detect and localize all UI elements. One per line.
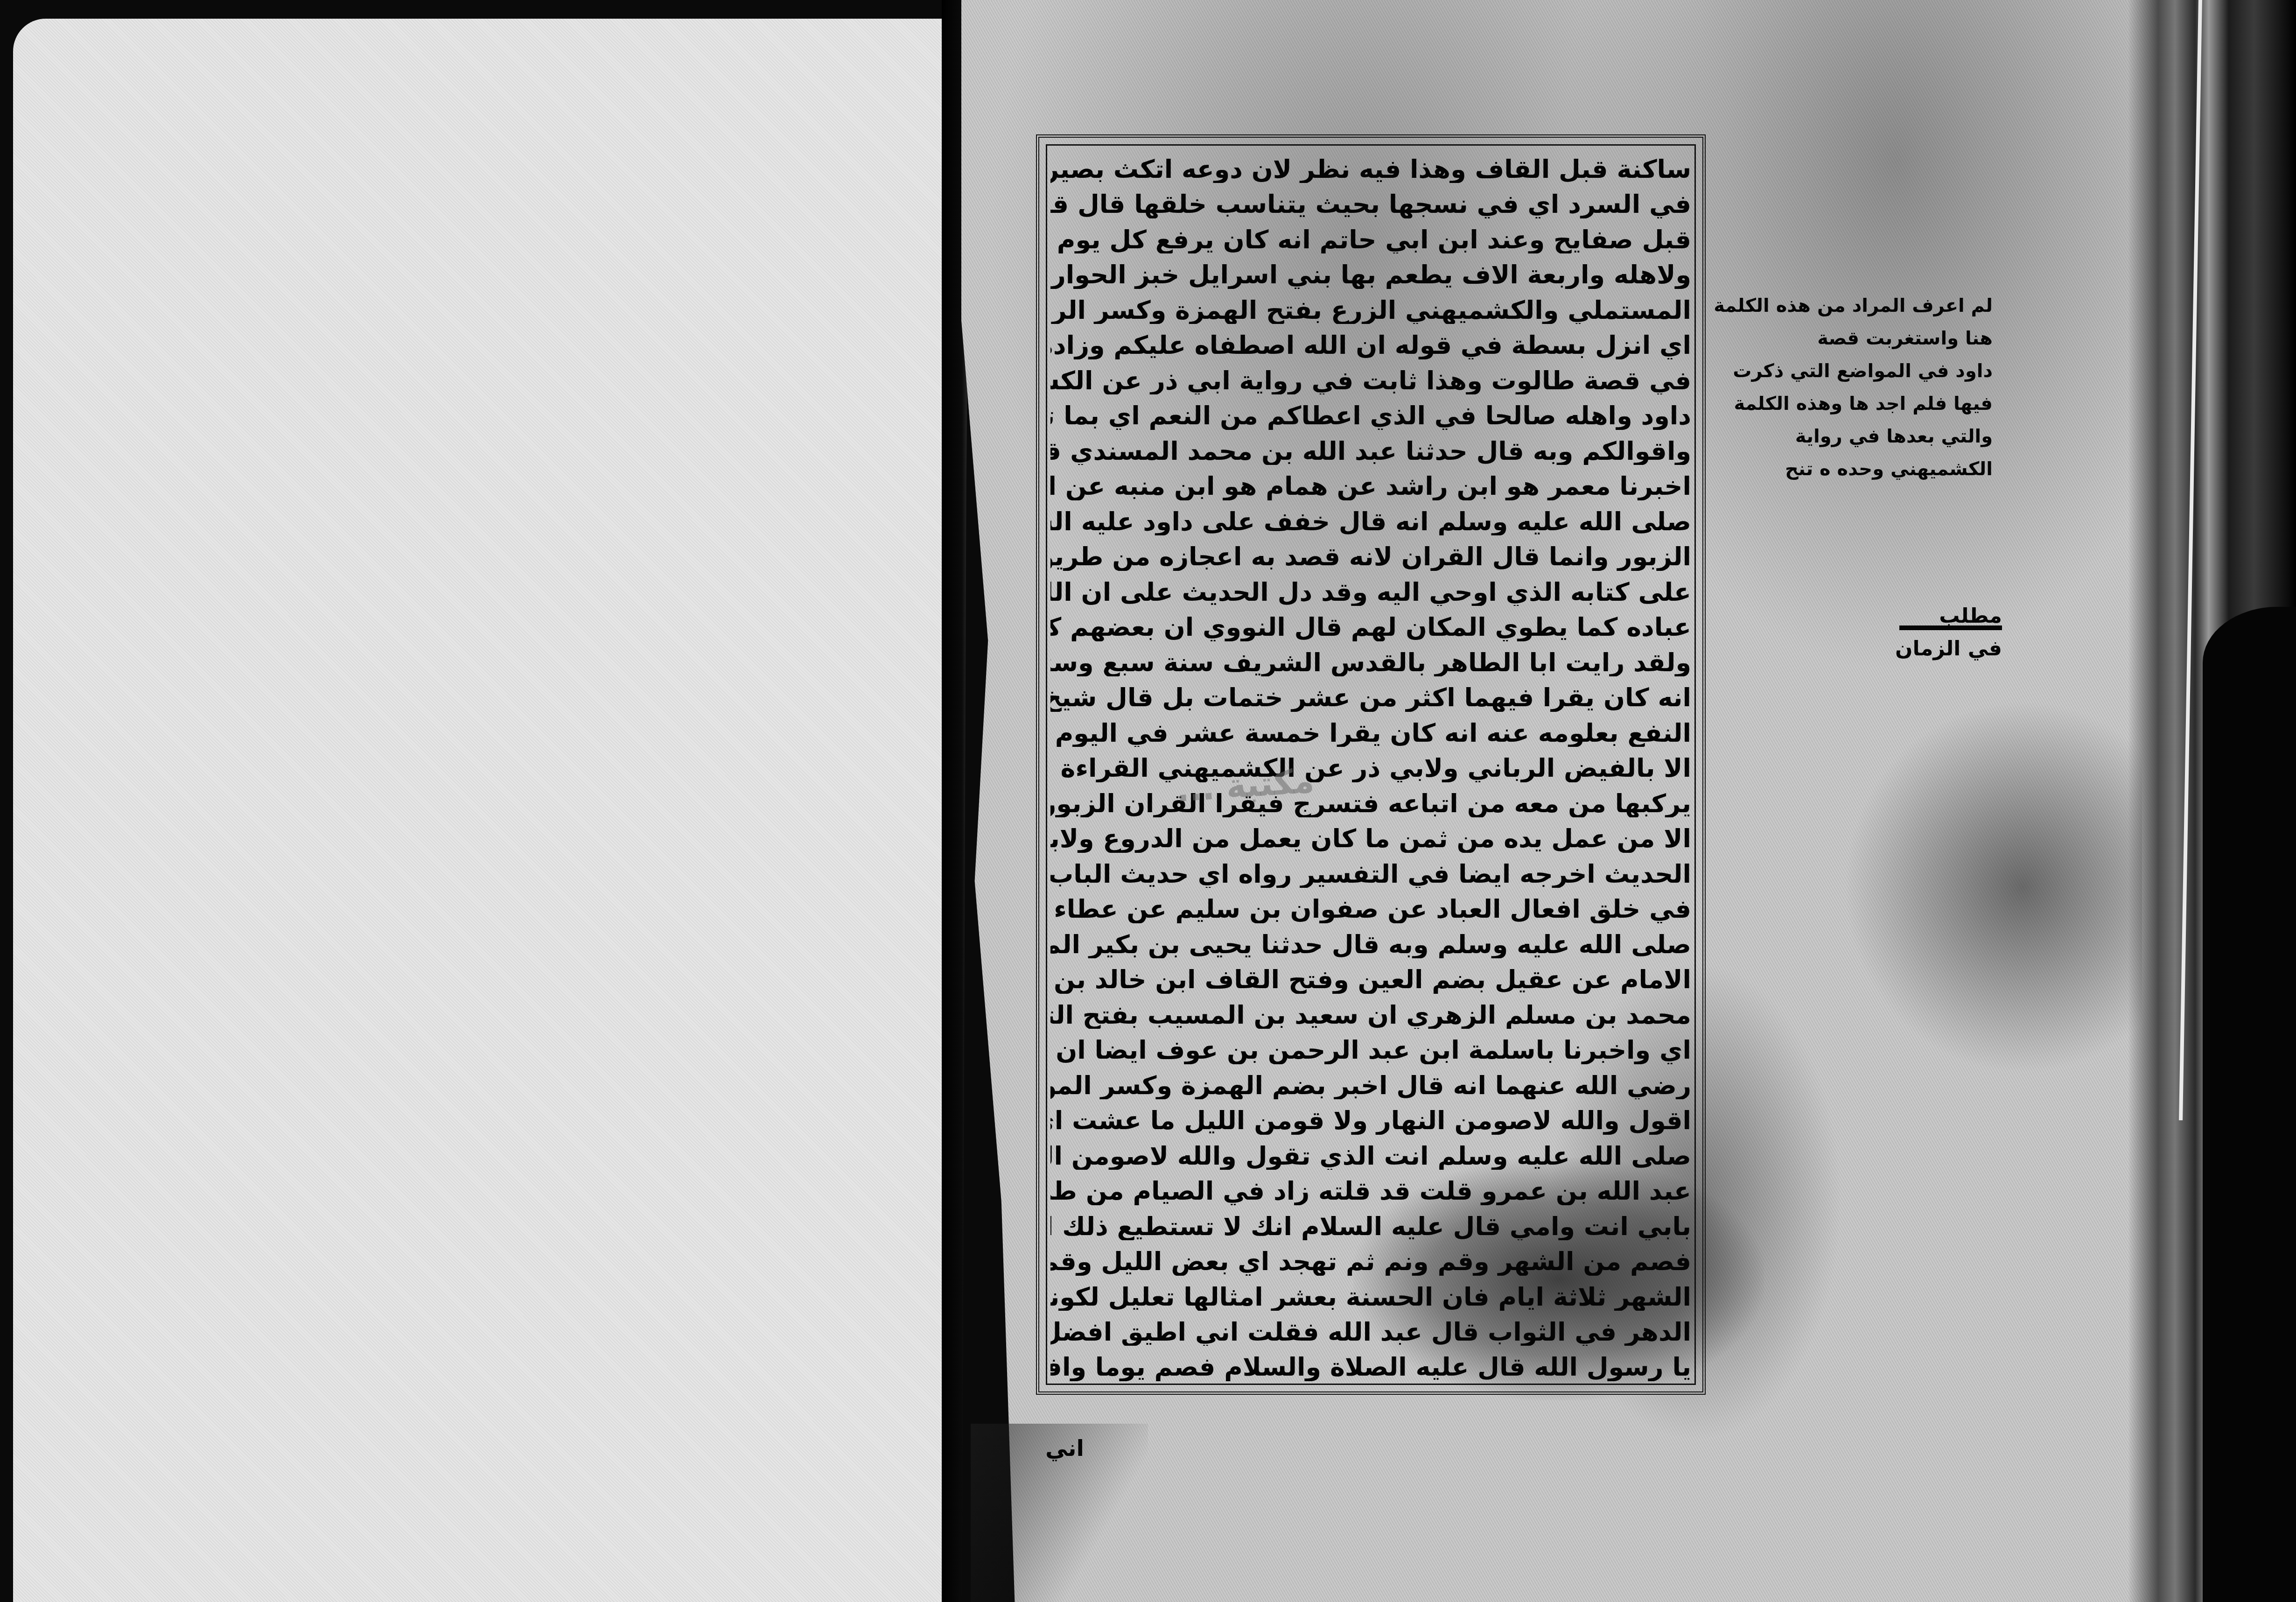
text-line: اي انزل بسطة في قوله ان الله اصطفاه عليك… [1050, 324, 1691, 359]
text-line: الشهر ثلاثة ايام فان الحسنة بعشر امثالها… [1050, 1276, 1691, 1311]
margin-note-line: والتي بعدها في رواية [1848, 420, 1993, 453]
text-block: ساكنة قبل القاف وهذا فيه نظر لان دوعه ات… [1050, 148, 1691, 1381]
left-page-blank [13, 19, 942, 1602]
text-line: المستملي والكشميهني الزرع بفتح الهمزة وك… [1050, 289, 1691, 324]
text-line: اقول والله لاصومن النهار ولا قومن الليل … [1050, 1099, 1691, 1134]
margin-note-line: هنا واستغربت قصة [1848, 322, 1993, 355]
margin-note-line: الكشميهني وحده ه تنح [1848, 453, 1993, 485]
text-line: صلى الله عليه وسلم انت الذي تقول والله ل… [1050, 1135, 1691, 1170]
text-line: الحديث اخرجه ايضا في التفسير رواه اي حدي… [1050, 853, 1691, 888]
text-line: فصم من الشهر وقم ونم ثم تهجد اي بعض اللي… [1050, 1240, 1691, 1275]
text-line: اخبرنا معمر هو ابن راشد عن همام هو ابن م… [1050, 465, 1691, 500]
side-heading-subtitle: في الزمان [1881, 635, 2002, 663]
page-damage [2203, 607, 2296, 1602]
text-line: في خلق افعال العباد عن صفوان بن سليم عن … [1050, 888, 1691, 923]
text-line: عباده كما يطوي المكان لهم قال النووي ان … [1050, 606, 1691, 641]
text-line: الا بالفيض الرباني ولابي ذر عن الكشميهني… [1050, 747, 1691, 782]
text-line: في قصة طالوت وهذا ثابت في رواية ابي ذر ع… [1050, 359, 1691, 394]
text-line: اي واخبرنا باسلمة ابن عبد الرحمن بن عوف … [1050, 1029, 1691, 1064]
text-line: رضي الله عنهما انه قال اخبر بضم الهمزة و… [1050, 1064, 1691, 1099]
text-line: صلى الله عليه وسلم وبه قال حدثنا يحيى بن… [1050, 923, 1691, 958]
margin-note: لم اعرف المراد من هذه الكلمة هنا واستغرب… [1848, 289, 1993, 485]
text-line: ولاهله واربعة الاف يطعم بها بني اسرايل خ… [1050, 253, 1691, 288]
text-line: على كتابه الذي اوحي اليه وقد دل الحديث ع… [1050, 571, 1691, 606]
text-block-frame: ساكنة قبل القاف وهذا فيه نظر لان دوعه ات… [1036, 134, 1706, 1395]
text-line: الامام عن عقيل بضم العين وفتح القاف ابن … [1050, 958, 1691, 993]
text-line: بابي انت وامي قال عليه السلام انك لا تست… [1050, 1205, 1691, 1240]
text-line: ساكنة قبل القاف وهذا فيه نظر لان دوعه ات… [1050, 148, 1691, 183]
text-line: قبل صفايح وعند ابن ابي حاتم انه كان يرفع… [1050, 218, 1691, 253]
manuscript-scan: ساكنة قبل القاف وهذا فيه نظر لان دوعه ات… [0, 0, 2296, 1602]
margin-note-line: فيها فلم اجد ها وهذه الكلمة [1848, 387, 1993, 420]
catchword: اني [1045, 1435, 1084, 1461]
text-line: الا من عمل يده من ثمن ما كان يعمل من الد… [1050, 817, 1691, 852]
text-line: صلى الله عليه وسلم انه قال خفف على داود … [1050, 500, 1691, 535]
text-line: واقوالكم وبه قال حدثنا عبد الله بن محمد … [1050, 430, 1691, 465]
text-line: يا رسول الله قال عليه الصلاة والسلام فصم… [1050, 1346, 1691, 1381]
text-line: عبد الله بن عمرو قلت قد قلته زاد في الصي… [1050, 1170, 1691, 1205]
water-stain [1843, 700, 2142, 1074]
text-line: النفع بعلومه عنه انه كان يقرا خمسة عشر ف… [1050, 712, 1691, 747]
text-line: داود واهله صالحا في الذي اعطاكم من النعم… [1050, 394, 1691, 429]
text-line: محمد بن مسلم الزهري ان سعيد بن المسيب بف… [1050, 994, 1691, 1029]
margin-note-line: لم اعرف المراد من هذه الكلمة [1848, 289, 1993, 322]
text-line: الدهر في الثواب قال عبد الله فقلت اني اط… [1050, 1311, 1691, 1346]
text-line: ولقد رايت ابا الطاهر بالقدس الشريف سنة س… [1050, 641, 1691, 676]
side-heading-title: مطلب [1881, 602, 2002, 630]
text-line: في السرد اي في نسجها بحيث يتناسب خلقها ق… [1050, 183, 1691, 218]
text-line: يركبها من معه من اتباعه فتسرج فيقرا القر… [1050, 782, 1691, 817]
side-heading: مطلب في الزمان [1881, 602, 2002, 663]
text-line: الزبور وانما قال القران لانه قصد به اعجا… [1050, 535, 1691, 570]
text-line: انه كان يقرا فيهما اكثر من عشر ختمات بل … [1050, 676, 1691, 711]
margin-note-line: داود في المواضع التي ذكرت [1848, 355, 1993, 387]
